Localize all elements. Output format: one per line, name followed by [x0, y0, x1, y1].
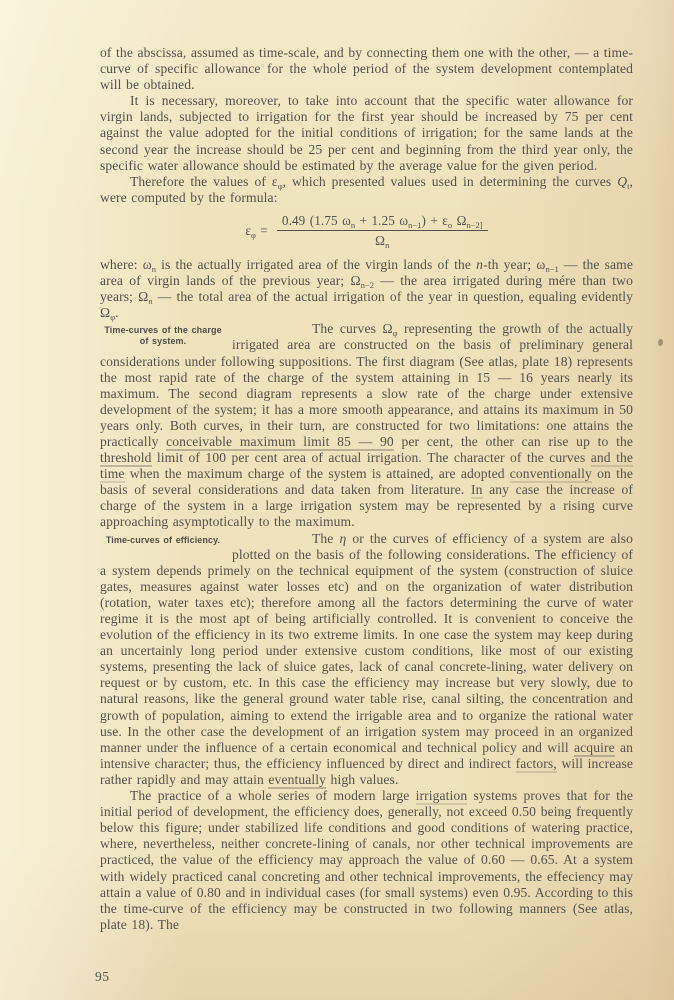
- ink-speck: [657, 338, 664, 346]
- formula-denominator: Ωn: [375, 231, 389, 248]
- page-text-block: of the abscissa, assumed as time-scale, …: [100, 45, 633, 933]
- paragraph-water-allowance: It is necessary, moreover, to take into …: [100, 93, 633, 173]
- margin-note-charge-of-system: Time-curves of the charge of system.: [100, 321, 232, 353]
- margin-note-line: Time-curves of efficiency.: [100, 535, 226, 546]
- paragraph-text: The curves Ωφ representing the growth of…: [100, 321, 633, 529]
- paragraph-text: of the abscissa, assumed as time-scale, …: [100, 45, 633, 92]
- margin-note-line: Time-curves of the charge: [100, 325, 226, 336]
- paragraph-charge-curves: Time-curves of the charge of system. The…: [100, 321, 633, 530]
- paragraph-abscissa-timecurve: of the abscissa, assumed as time-scale, …: [100, 45, 633, 93]
- paragraph-text: The η or the curves of efficiency of a s…: [100, 531, 633, 789]
- epsilon-formula: εφ = 0.49 (1.75 ωn + 1.25 ωn−1) + εo Ωn−…: [100, 213, 633, 248]
- formula-numerator: 0.49 (1.75 ωn + 1.25 ωn−1) + εo Ωn−2]: [277, 213, 488, 231]
- paragraph-where-definitions: where: ωn is the actually irrigated area…: [100, 257, 633, 321]
- paragraph-formula-intro: Therefore the values of εφ, which presen…: [100, 174, 633, 206]
- paragraph-text: The practice of a whole series of modern…: [100, 788, 633, 932]
- scanned-book-page: { "page": { "number": "95" }, "colors": …: [0, 0, 674, 1000]
- paragraph-practice-values: The practice of a whole series of modern…: [100, 788, 633, 933]
- page-number: 95: [95, 969, 110, 985]
- margin-note-line: of system.: [100, 336, 226, 347]
- formula-fraction: 0.49 (1.75 ωn + 1.25 ωn−1) + εo Ωn−2] Ωn: [277, 213, 488, 248]
- paragraph-efficiency-curves: Time-curves of efficiency. The η or the …: [100, 531, 633, 789]
- paragraph-text: It is necessary, moreover, to take into …: [100, 93, 633, 172]
- paragraph-text: Therefore the values of εφ, which presen…: [100, 174, 633, 205]
- formula-lhs: εφ =: [245, 223, 267, 238]
- paragraph-text: where: ωn is the actually irrigated area…: [100, 257, 633, 320]
- margin-note-efficiency: Time-curves of efficiency.: [100, 531, 232, 563]
